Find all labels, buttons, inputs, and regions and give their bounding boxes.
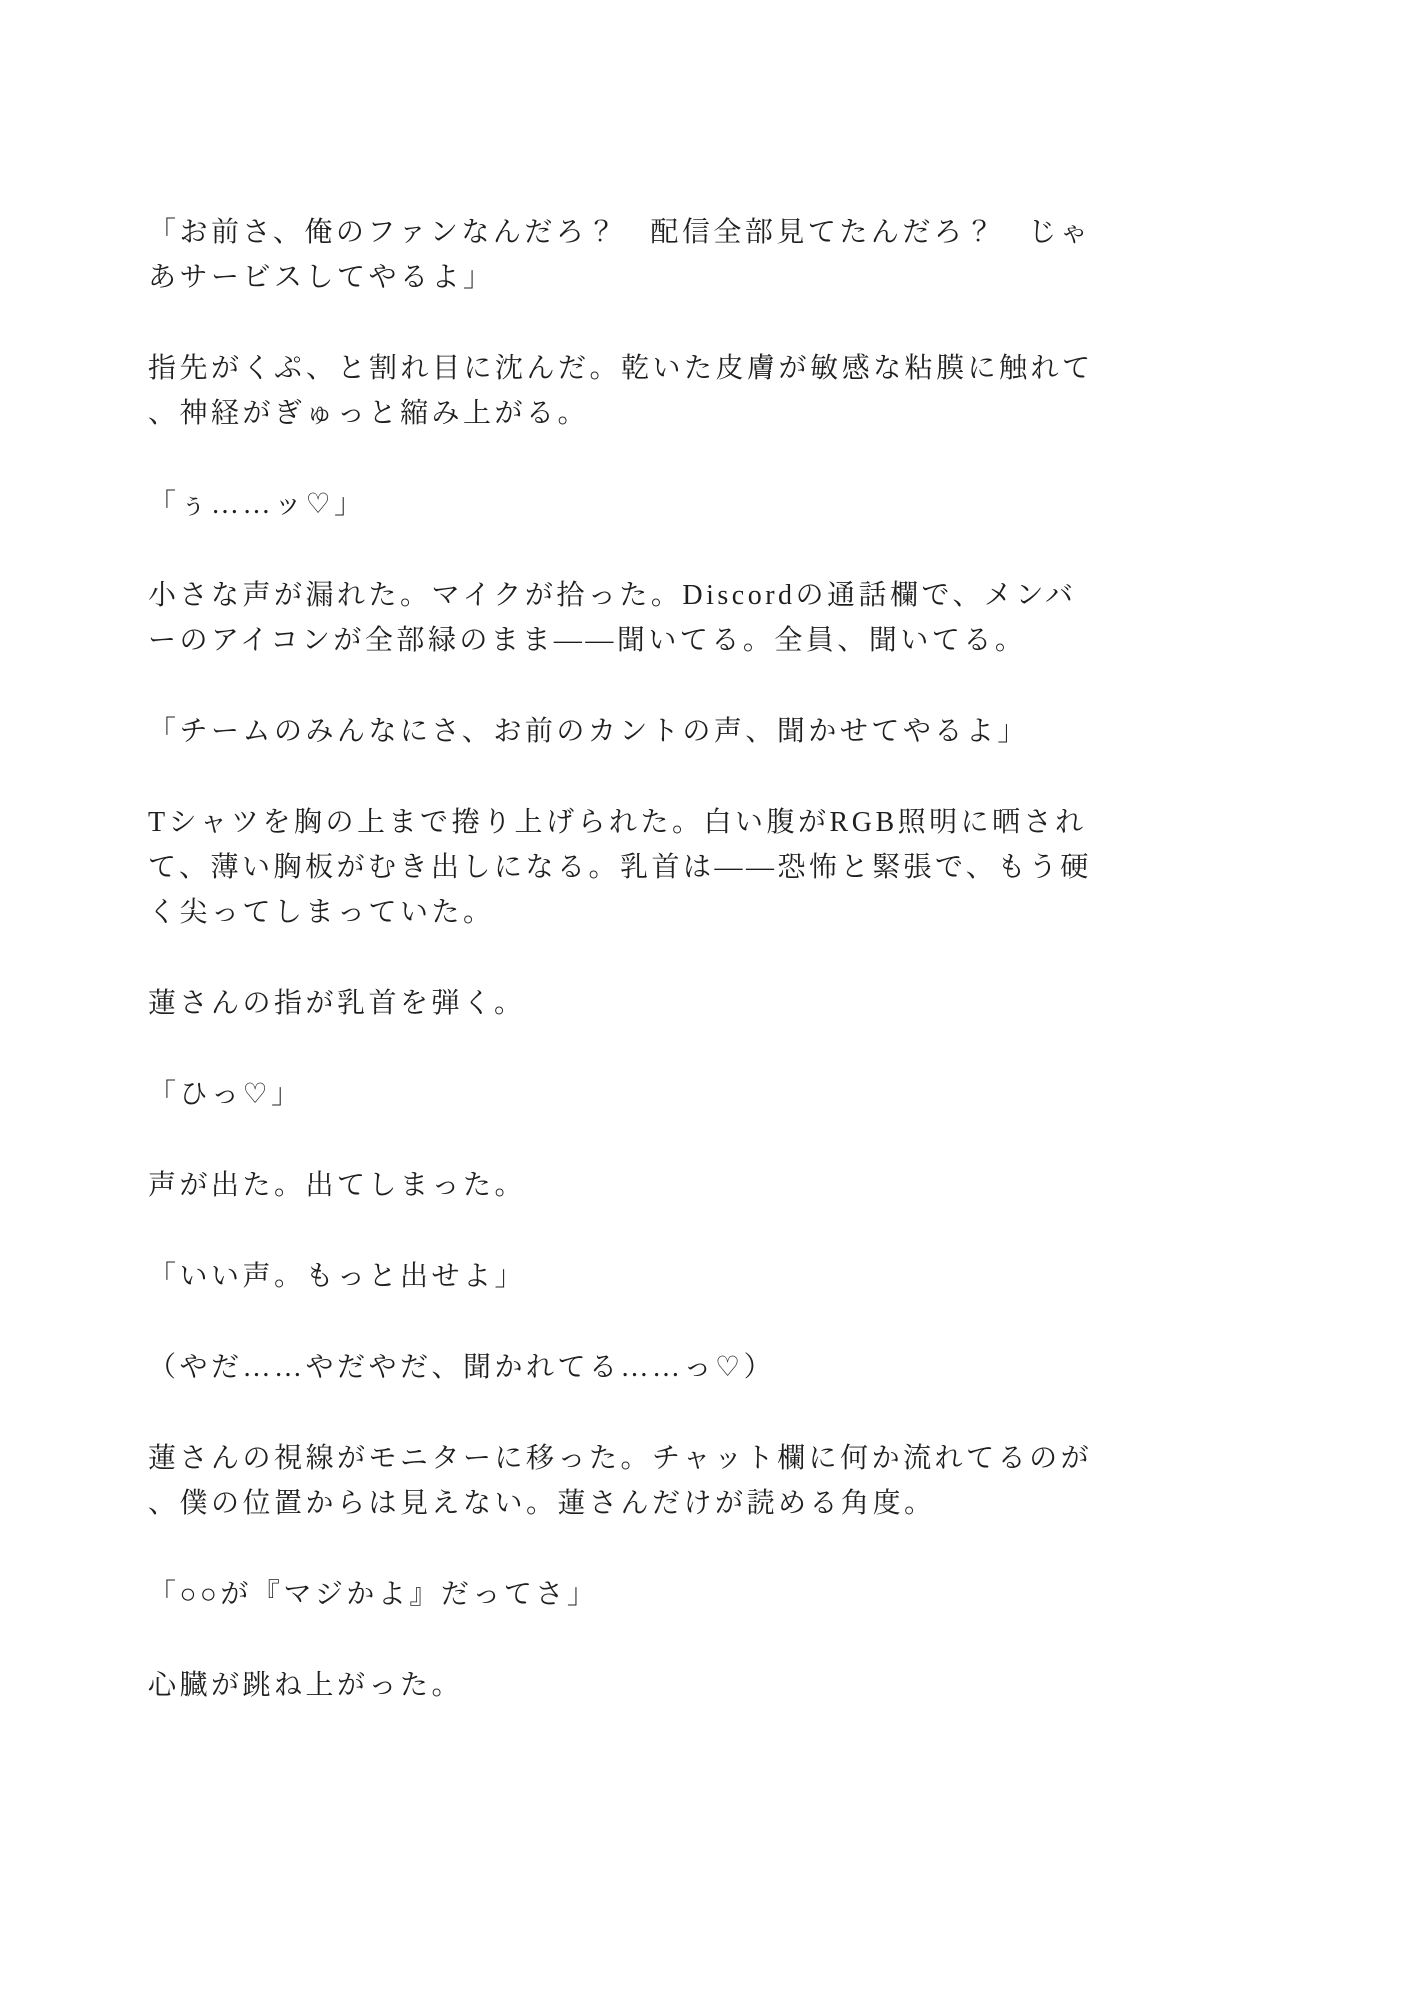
paragraph: 指先がくぷ、と割れ目に沈んだ。乾いた皮膚が敏感な粘膜に触れて、神経がぎゅっと縮み… — [148, 346, 1104, 436]
paragraph: （やだ……やだやだ、聞かれてる……っ♡） — [148, 1345, 1104, 1390]
document-page: 「お前さ、俺のファンなんだろ？ 配信全部見てたんだろ？ じゃあサービスしてやるよ… — [0, 0, 1415, 2000]
paragraph: 心臓が跳ね上がった。 — [148, 1663, 1104, 1708]
paragraph: 蓮さんの指が乳首を弾く。 — [148, 981, 1104, 1026]
paragraph: 声が出た。出てしまった。 — [148, 1163, 1104, 1208]
paragraph: 「ぅ……ッ♡」 — [148, 482, 1104, 527]
paragraph: 「○○が『マジかよ』だってさ」 — [148, 1572, 1104, 1617]
paragraph: Tシャツを胸の上まで捲り上げられた。白い腹がRGB照明に晒されて、薄い胸板がむき… — [148, 800, 1104, 935]
text-block: 「お前さ、俺のファンなんだろ？ 配信全部見てたんだろ？ じゃあサービスしてやるよ… — [148, 210, 1104, 1708]
paragraph: 「ひっ♡」 — [148, 1072, 1104, 1117]
paragraph: 「チームのみんなにさ、お前のカントの声、聞かせてやるよ」 — [148, 709, 1104, 754]
paragraph: 「お前さ、俺のファンなんだろ？ 配信全部見てたんだろ？ じゃあサービスしてやるよ… — [148, 210, 1104, 300]
paragraph: 「いい声。もっと出せよ」 — [148, 1254, 1104, 1299]
paragraph: 小さな声が漏れた。マイクが拾った。Discordの通話欄で、メンバーのアイコンが… — [148, 573, 1104, 663]
paragraph: 蓮さんの視線がモニターに移った。チャット欄に何か流れてるのが、僕の位置からは見え… — [148, 1436, 1104, 1526]
